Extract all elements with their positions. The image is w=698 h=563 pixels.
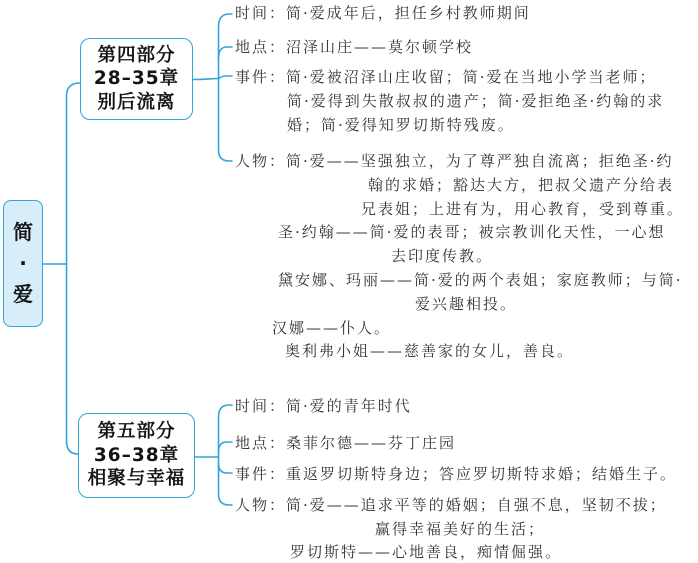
part4-branch-place: 地点：沼泽山庄——莫尔顿学校 <box>235 36 473 60</box>
branch-text-line: 时间：简·爱的青年时代 <box>235 395 412 419</box>
part4-main-line <box>193 79 219 80</box>
branch-text-line: 简·爱得到失散叔叔的遗产；简·爱拒绝圣·约翰的求 <box>287 89 664 113</box>
part4-branch-characters-line <box>219 79 233 162</box>
part4-chapters-line: 28–35章 <box>94 67 179 91</box>
branch-text-line: 事件：简·爱被沼泽山庄收留；简·爱在当地小学当老师； <box>235 65 664 89</box>
branch-text-line: 圣·约翰——简·爱的表哥；被宗教训化天性，一心想 <box>278 221 684 245</box>
part4-branch-events-line <box>219 76 233 79</box>
branch-text-line: 兄表姐；上进有为，用心教育，受到尊重。 <box>361 198 684 222</box>
part5-subtitle-line: 相聚与幸福 <box>88 467 186 491</box>
part5-chapters-line: 36–38章 <box>94 444 179 468</box>
root-node-jane-eyre: 简 · 爱 <box>3 200 43 327</box>
part4-branch-time: 时间：简·爱成年后，担任乡村教师期间 <box>235 2 531 26</box>
part5-branch-time: 时间：简·爱的青年时代 <box>235 395 412 419</box>
root-char: 简 <box>13 217 33 248</box>
branch-text-line: 时间：简·爱成年后，担任乡村教师期间 <box>235 2 531 26</box>
branch-text-line: 事件：重返罗切斯特身边；答应罗切斯特求婚；结婚生子。 <box>235 463 677 487</box>
part5-branch-events: 事件：重返罗切斯特身边；答应罗切斯特求婚；结婚生子。 <box>235 463 677 487</box>
part5-branch-place-line <box>219 442 233 452</box>
part4-branch-place-line <box>219 47 233 58</box>
branch-text-line: 婚；简·爱得知罗切斯特残废。 <box>287 113 664 137</box>
part5-branch-events-line <box>219 463 233 473</box>
branch-text-line: 黛安娜、玛丽——简·爱的两个表姐；家庭教师；与简· <box>278 269 684 293</box>
root-char: 爱 <box>13 279 33 310</box>
branch-text-line: 罗切斯特——心地善良，痴情倔强。 <box>290 541 667 563</box>
part5-branch-characters-line <box>219 457 233 505</box>
branch-text-line: 翰的求婚；豁达大方，把叔父遗产分给表 <box>368 174 684 198</box>
branch-text-line: 人物：简·爱——坚强独立，为了尊严独自流离；拒绝圣·约 <box>235 150 684 174</box>
branch-text-line: 爱兴趣相投。 <box>415 293 684 317</box>
branch-text-line: 人物：简·爱——追求平等的婚姻；自强不息，坚韧不拔； <box>235 494 667 518</box>
part5-branch-time-line <box>219 405 233 457</box>
part4-branch-events: 事件：简·爱被沼泽山庄收留；简·爱在当地小学当老师； 简·爱得到失散叔叔的遗产；… <box>235 65 664 137</box>
branch-text-line: 汉娜——仆人。 <box>272 317 684 341</box>
part5-title-line: 第五部分 <box>97 420 175 444</box>
trunk-line <box>67 83 81 454</box>
part4-branch-characters: 人物：简·爱——坚强独立，为了尊严独自流离；拒绝圣·约 翰的求婚；豁达大方，把叔… <box>235 150 684 364</box>
branch-text-line: 奥利弗小姐——慈善家的女儿，善良。 <box>285 340 684 364</box>
part4-title-line: 第四部分 <box>97 44 175 68</box>
branch-text-line: 地点：桑菲尔德——芬丁庄园 <box>235 432 456 456</box>
branch-text-line: 赢得幸福美好的生活； <box>375 518 667 542</box>
part5-branch-place: 地点：桑菲尔德——芬丁庄园 <box>235 432 456 456</box>
part5-node: 第五部分 36–38章 相聚与幸福 <box>78 413 195 498</box>
part5-branch-characters: 人物：简·爱——追求平等的婚姻；自强不息，坚韧不拔； 赢得幸福美好的生活； 罗切… <box>235 494 667 563</box>
root-char: · <box>19 248 27 279</box>
branch-text-line: 去印度传教。 <box>391 245 684 269</box>
branch-text-line: 地点：沼泽山庄——莫尔顿学校 <box>235 36 473 60</box>
mindmap-canvas: 简 · 爱 第四部分 28–35章 别后流离 第五部分 36–38章 相聚与幸福… <box>0 0 698 563</box>
part4-node: 第四部分 28–35章 别后流离 <box>80 38 193 120</box>
part4-subtitle-line: 别后流离 <box>97 91 175 115</box>
